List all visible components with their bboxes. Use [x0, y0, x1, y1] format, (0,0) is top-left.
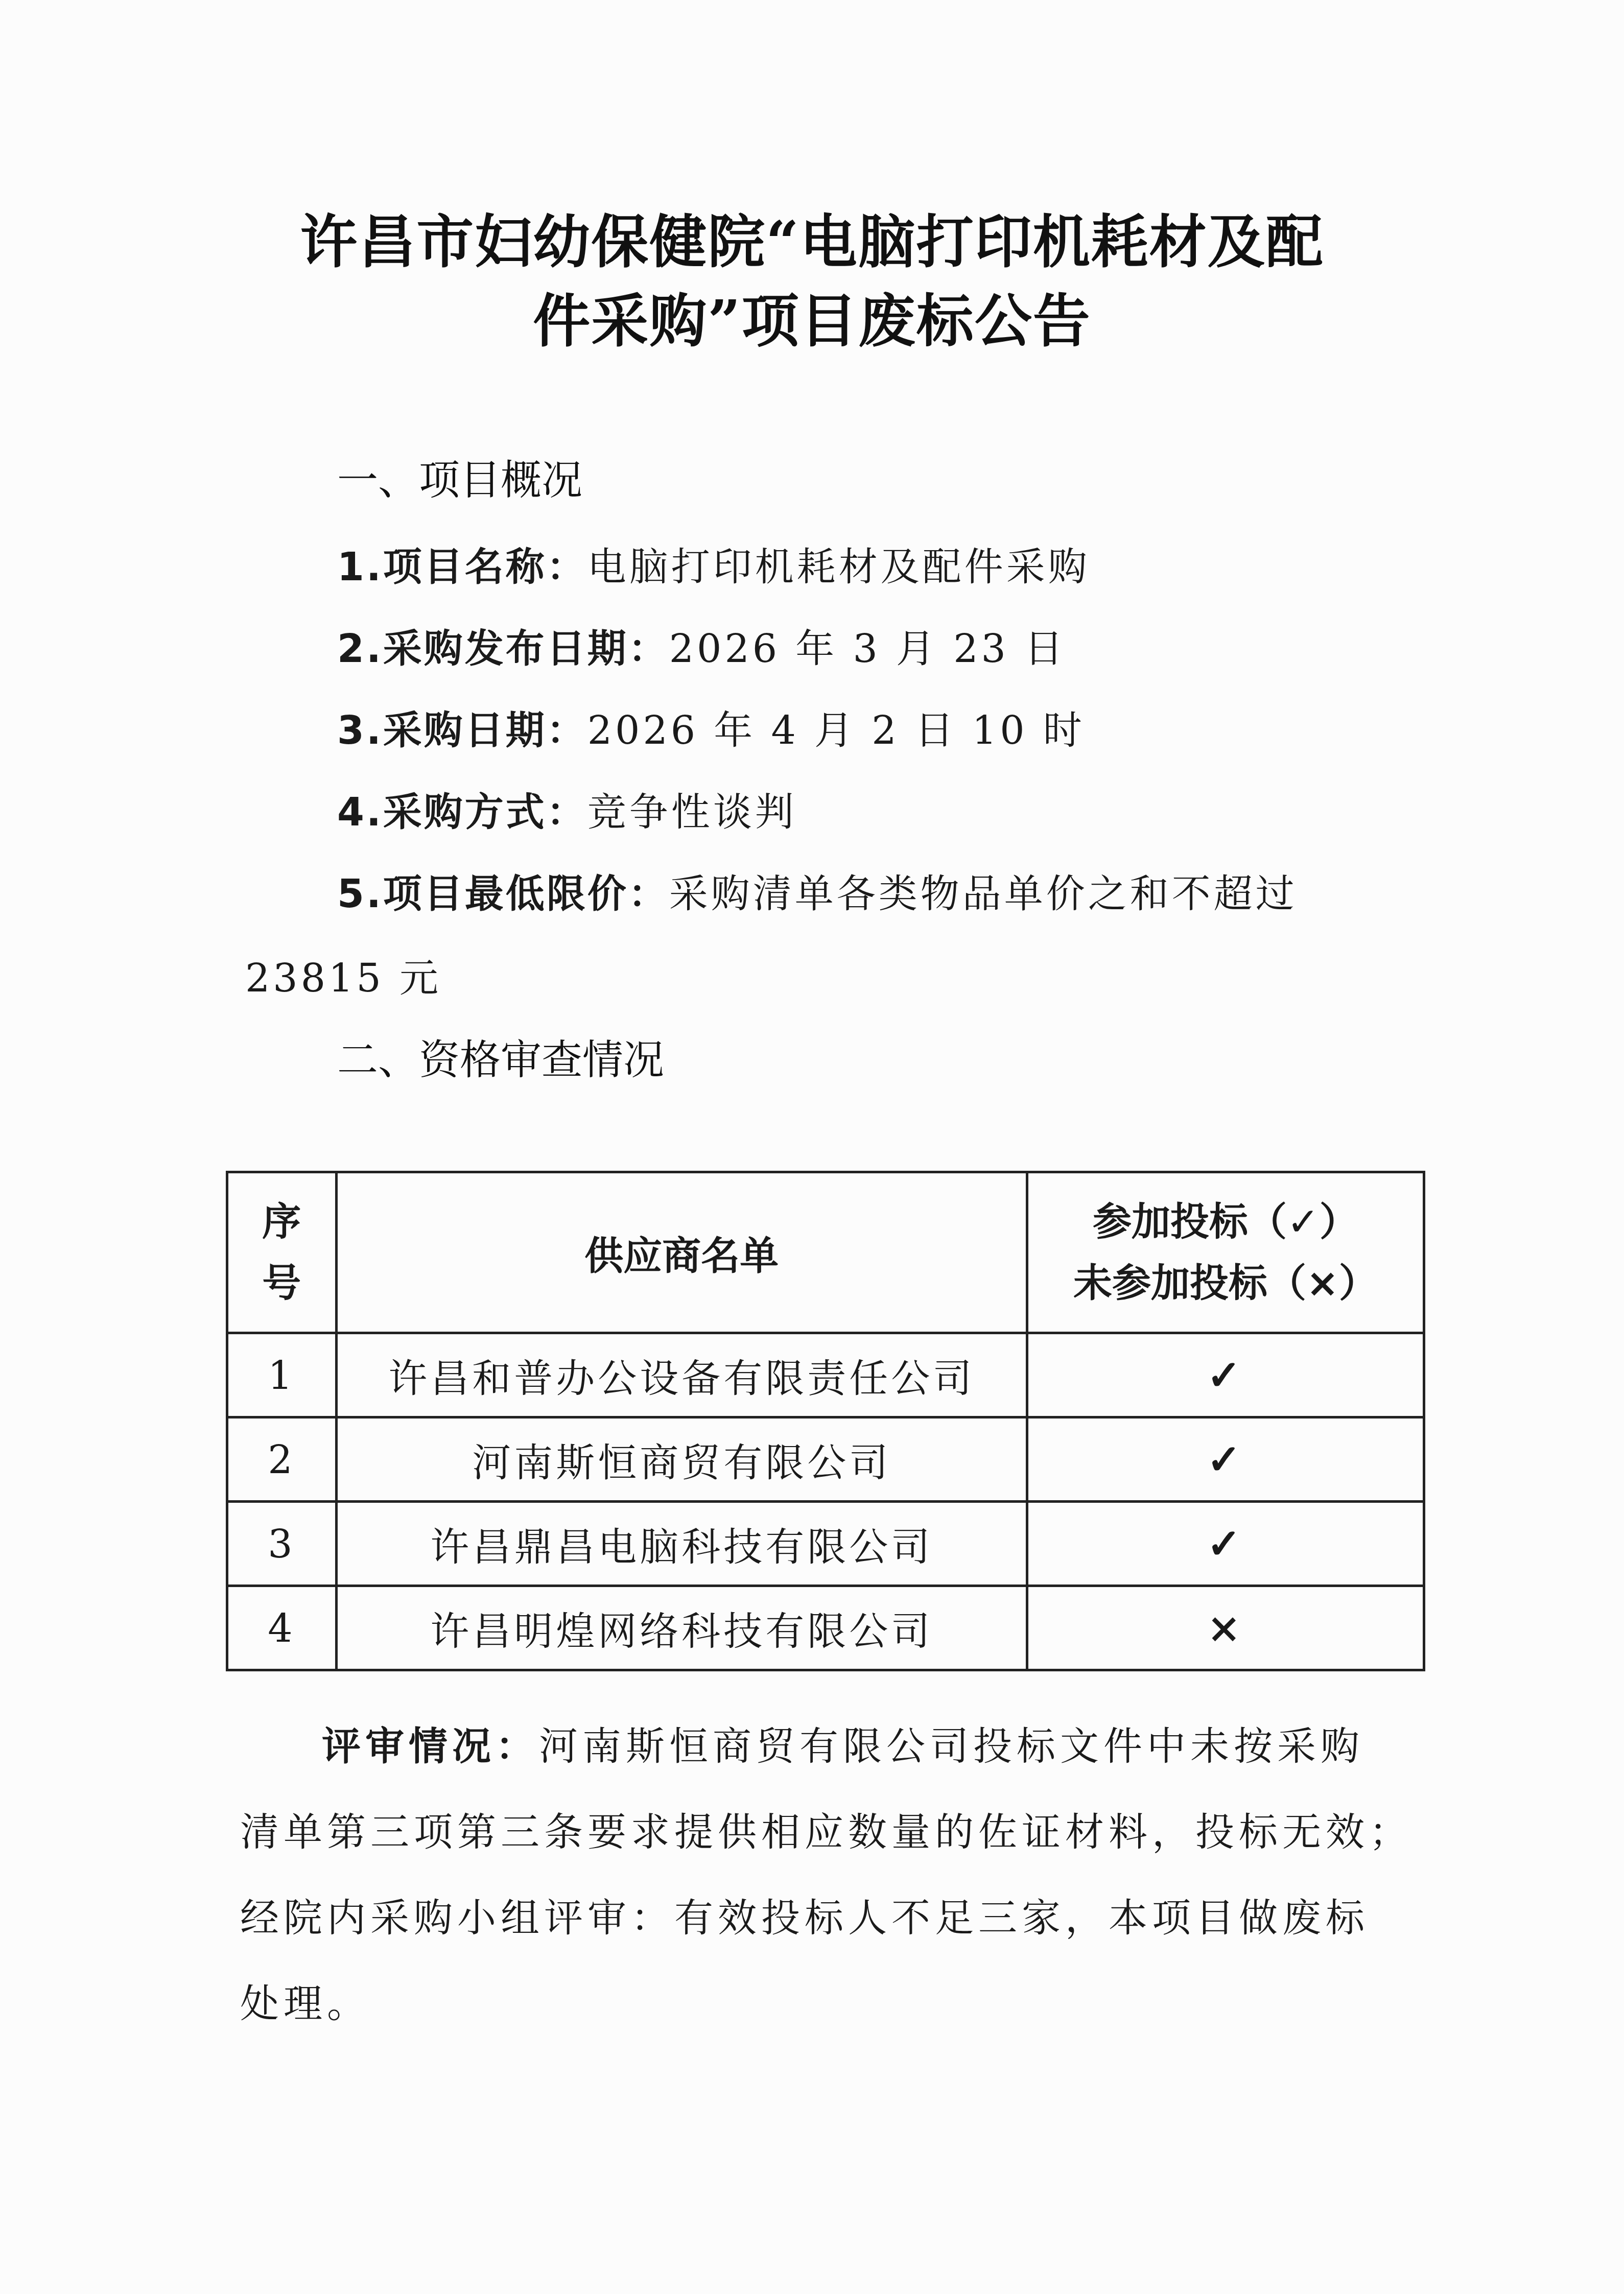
header-status: 参加投标（✓）未参加投标（×）	[1027, 1172, 1424, 1333]
item-value-continued: 23815 元	[245, 955, 441, 1001]
item-price-limit-cont: 23815 元	[245, 953, 441, 1004]
check-icon: ✓	[1027, 1417, 1424, 1502]
item-value: 采购清单各类物品单价之和不超过	[669, 871, 1298, 916]
row-supplier: 许昌明煌网络科技有限公司	[336, 1586, 1027, 1670]
item-project-name: 1.项目名称：电脑打印机耗材及配件采购	[337, 541, 1090, 593]
review-line3: 经院内采购小组评审：有效投标人不足三家，本项目做废标	[240, 1875, 1425, 1961]
review-label: 评审情况：	[322, 1723, 539, 1769]
item-value: 2026 年 4 月 2 日 10 时	[587, 707, 1085, 753]
review-line1: 评审情况：河南斯恒商贸有限公司投标文件中未按采购	[240, 1704, 1425, 1789]
row-index: 4	[227, 1586, 337, 1670]
document-page: 许昌市妇幼保健院“电脑打印机耗材及配 件采购”项目废标公告 一、项目概况 1.项…	[0, 0, 1624, 2294]
review-line2: 清单第三项第三条要求提供相应数量的佐证材料，投标无效；	[240, 1789, 1425, 1875]
review-line4: 处理。	[240, 1961, 1425, 2047]
table-header-row: 序号 供应商名单 参加投标（✓）未参加投标（×）	[227, 1172, 1424, 1333]
document-title-line2: 件采购”项目废标公告	[0, 289, 1624, 355]
item-value: 电脑打印机耗材及配件采购	[587, 544, 1090, 589]
table-row: 2 河南斯恒商贸有限公司 ✓	[227, 1417, 1424, 1502]
section1-heading: 一、项目概况	[337, 455, 582, 506]
cross-icon: ×	[1027, 1586, 1424, 1670]
row-index: 1	[227, 1333, 337, 1417]
table-row: 1 许昌和普办公设备有限责任公司 ✓	[227, 1333, 1424, 1417]
item-procurement-date: 3.采购日期：2026 年 4 月 2 日 10 时	[337, 705, 1085, 756]
item-label: 3.采购日期：	[337, 707, 587, 753]
row-supplier: 许昌和普办公设备有限责任公司	[336, 1333, 1027, 1417]
check-icon: ✓	[1027, 1333, 1424, 1417]
item-publish-date: 2.采购发布日期：2026 年 3 月 23 日	[337, 623, 1066, 674]
header-status-line1: 参加投标（✓）	[1093, 1199, 1358, 1244]
header-index-line1: 序	[262, 1199, 301, 1244]
row-index: 2	[227, 1417, 337, 1502]
item-label: 5.项目最低限价：	[337, 871, 669, 916]
document-title-line1: 许昌市妇幼保健院“电脑打印机耗材及配	[0, 209, 1624, 276]
item-label: 2.采购发布日期：	[337, 626, 669, 671]
row-supplier: 河南斯恒商贸有限公司	[336, 1417, 1027, 1502]
item-label: 4.采购方式：	[337, 789, 587, 835]
item-procurement-method: 4.采购方式：竞争性谈判	[337, 787, 797, 838]
item-value: 竞争性谈判	[587, 789, 797, 835]
header-status-line2: 未参加投标（×）	[1073, 1260, 1378, 1306]
section2-heading: 二、资格审查情况	[337, 1034, 664, 1085]
check-icon: ✓	[1027, 1502, 1424, 1586]
review-text: 河南斯恒商贸有限公司投标文件中未按采购	[539, 1723, 1364, 1769]
item-price-limit: 5.项目最低限价：采购清单各类物品单价之和不超过	[337, 868, 1298, 919]
supplier-table: 序号 供应商名单 参加投标（✓）未参加投标（×） 1 许昌和普办公设备有限责任公…	[226, 1171, 1425, 1671]
header-index-line2: 号	[262, 1260, 301, 1306]
review-paragraph: 评审情况：河南斯恒商贸有限公司投标文件中未按采购 清单第三项第三条要求提供相应数…	[240, 1704, 1425, 2047]
row-index: 3	[227, 1502, 337, 1586]
table-row: 3 许昌鼎昌电脑科技有限公司 ✓	[227, 1502, 1424, 1586]
table-row: 4 许昌明煌网络科技有限公司 ×	[227, 1586, 1424, 1670]
header-index: 序号	[227, 1172, 337, 1333]
item-label: 1.项目名称：	[337, 544, 587, 589]
row-supplier: 许昌鼎昌电脑科技有限公司	[336, 1502, 1027, 1586]
item-value: 2026 年 3 月 23 日	[669, 626, 1066, 671]
header-supplier: 供应商名单	[336, 1172, 1027, 1333]
